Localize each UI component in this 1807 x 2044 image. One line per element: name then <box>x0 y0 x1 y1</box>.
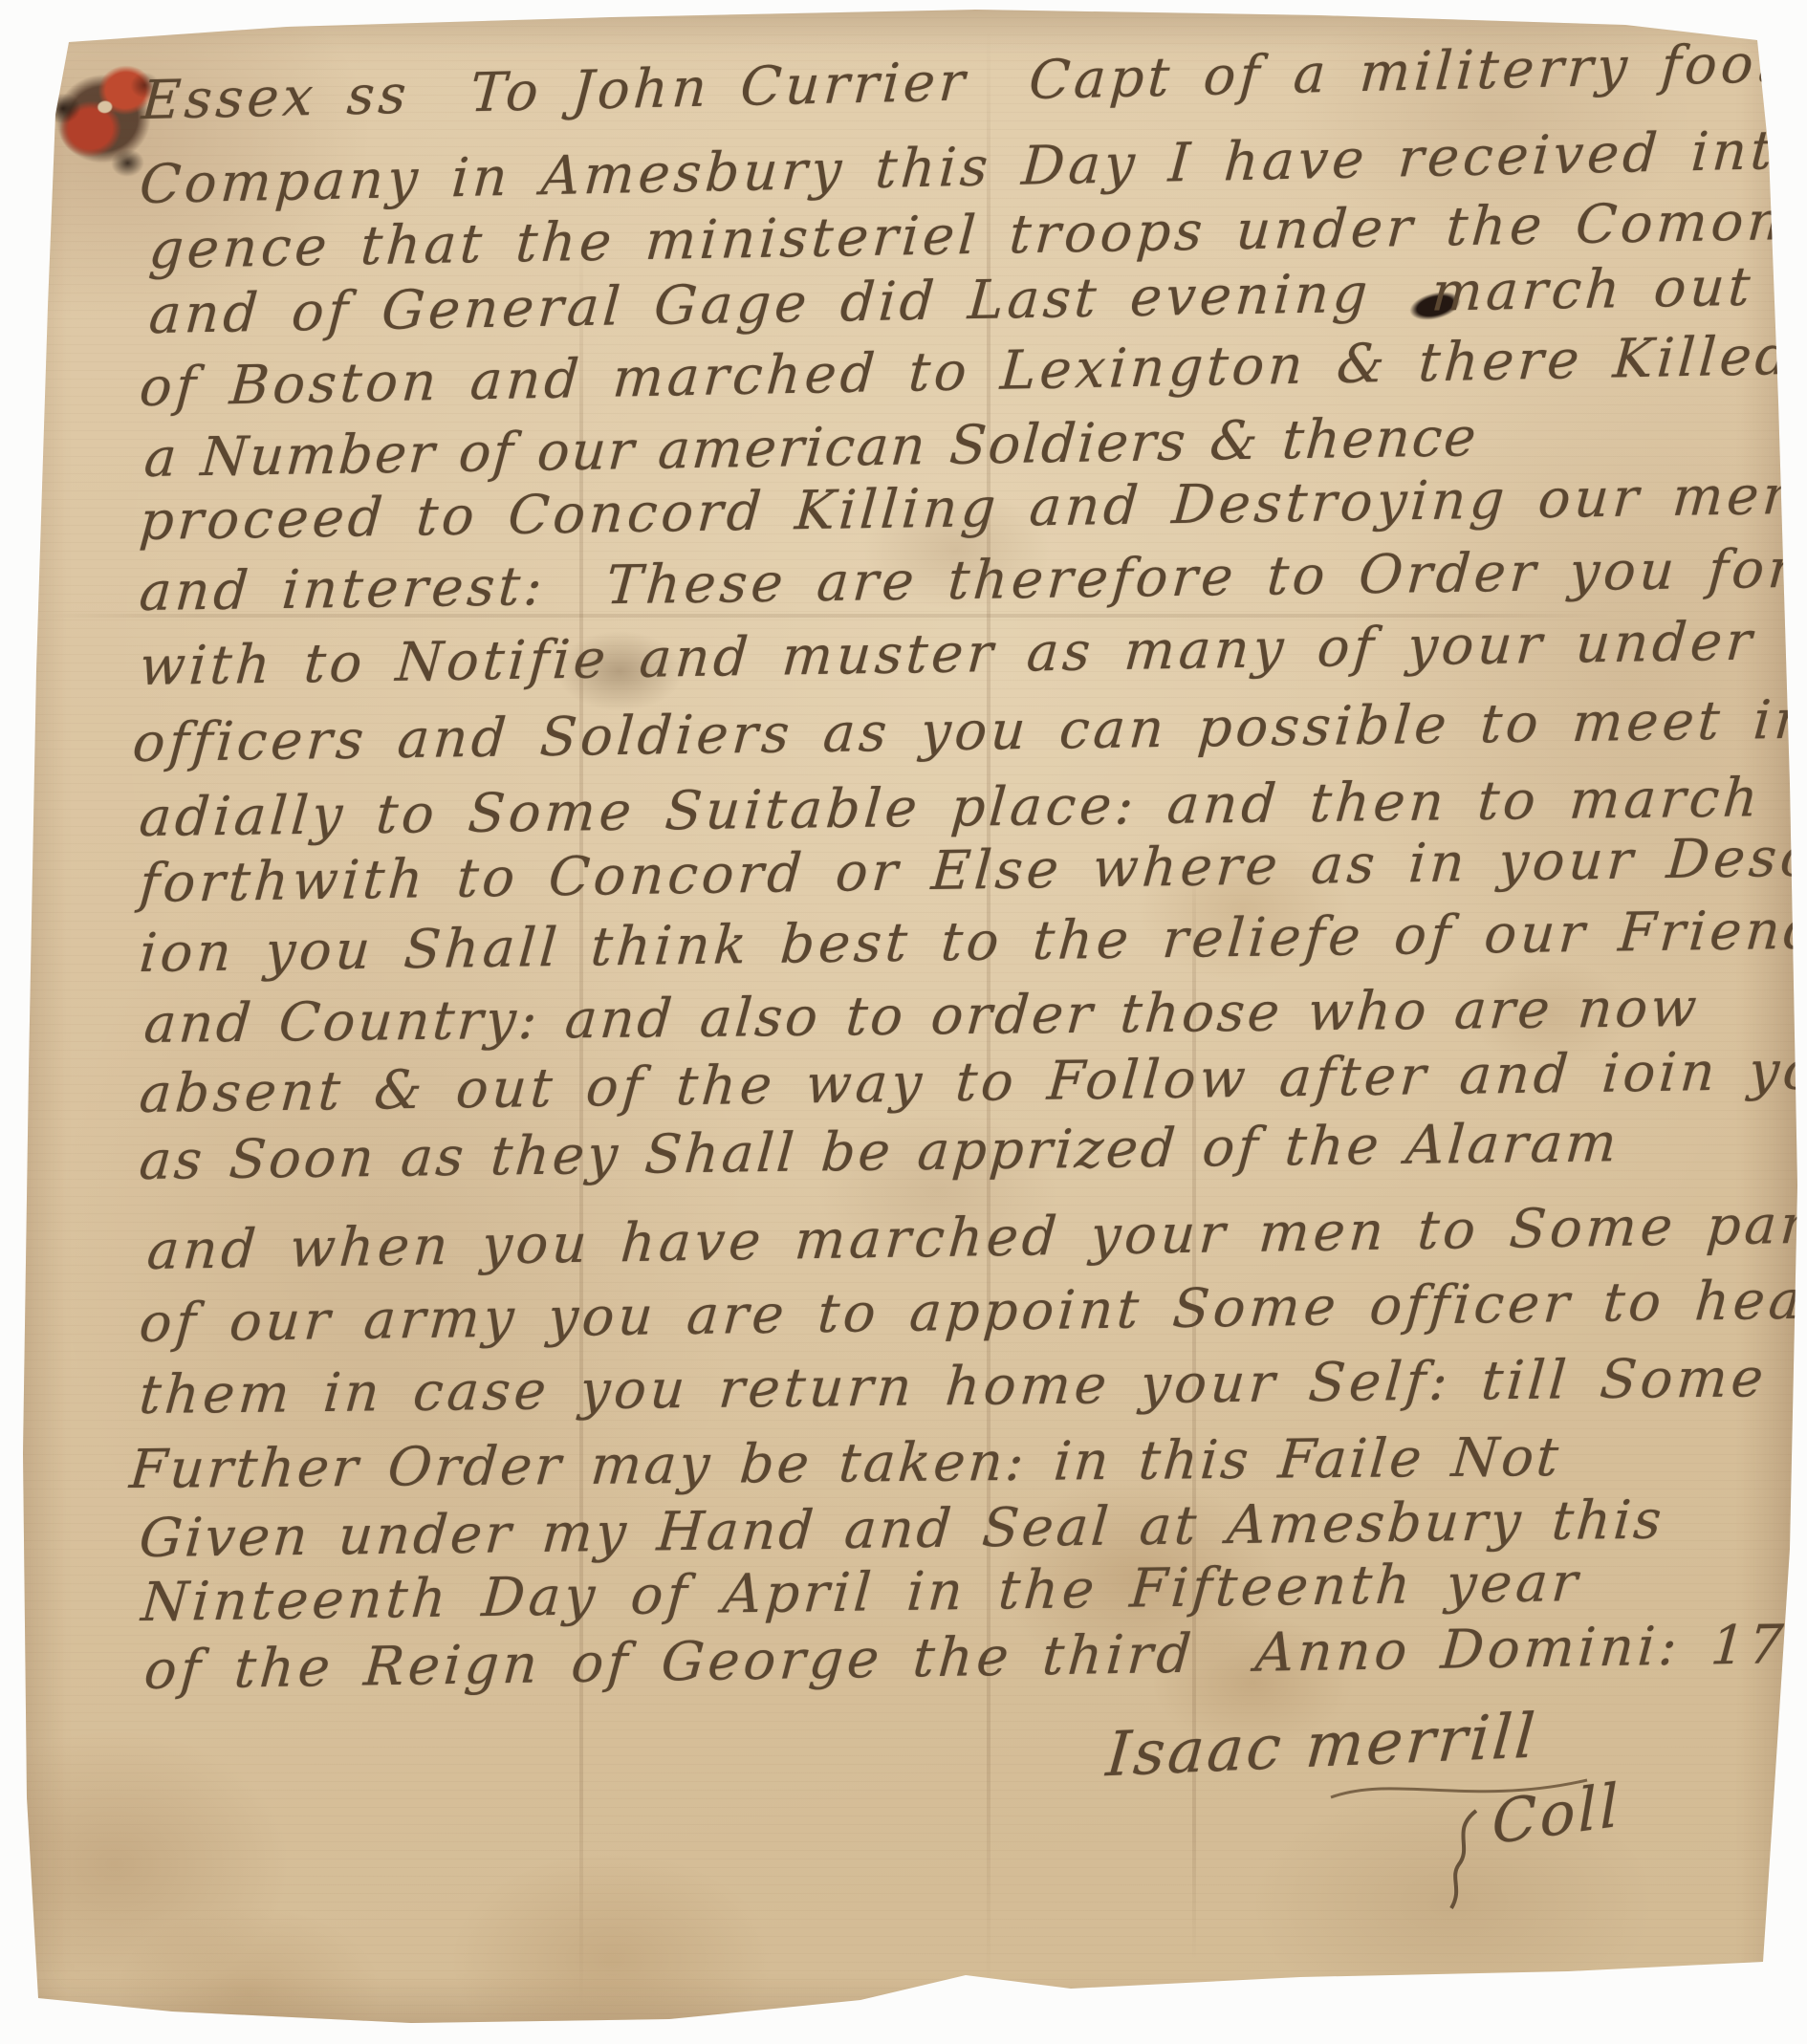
scan-background: Essex ss To John Currier Capt of a milit… <box>0 0 1807 2044</box>
signature-rank: Coll <box>1491 1775 1622 1853</box>
letter-line: Further Order may be taken: in this Fail… <box>128 1431 1563 1497</box>
letter-paper: Essex ss To John Currier Capt of a milit… <box>0 0 1807 2044</box>
rank-brace-mark <box>1440 1805 1488 1915</box>
letter-line: and Country: and also to order those who… <box>142 982 1702 1052</box>
